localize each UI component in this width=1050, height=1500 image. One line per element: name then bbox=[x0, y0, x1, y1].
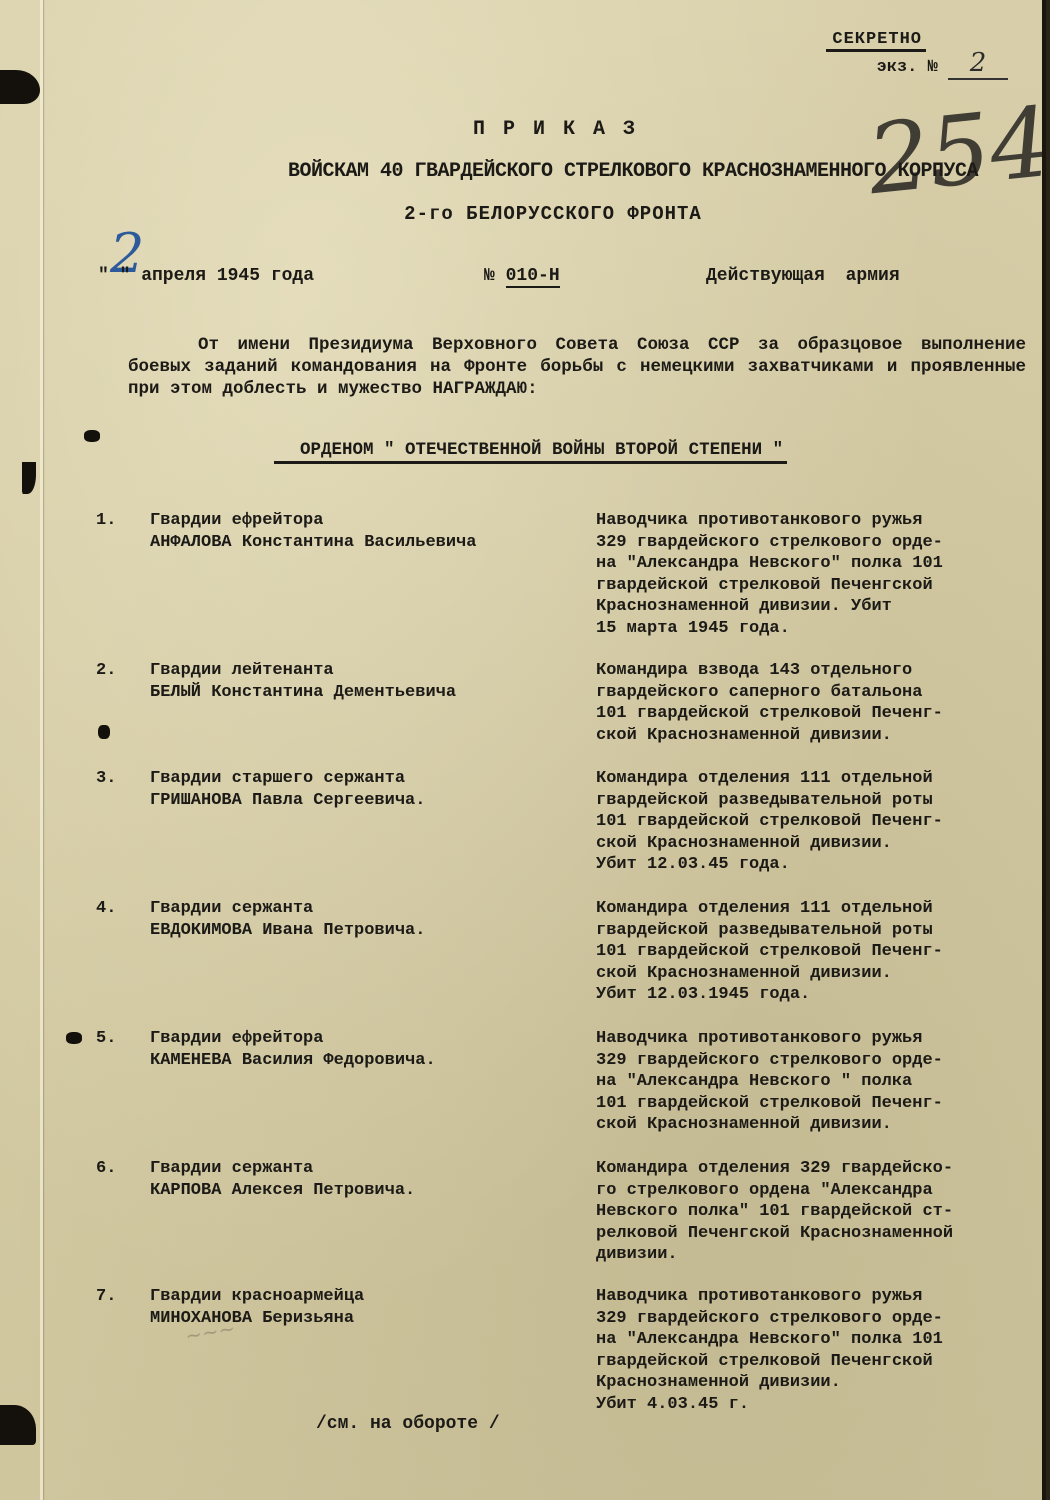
scan-edge bbox=[1042, 0, 1046, 1500]
paper-tear bbox=[0, 70, 40, 104]
award-recipient: Гвардии старшего сержантаГРИШАНОВА Павла… bbox=[150, 768, 570, 811]
paper-fold-line bbox=[40, 0, 43, 1500]
recipient-name: ГРИШАНОВА Павла Сергеевича. bbox=[150, 790, 570, 812]
document-page: СЕКРЕТНО экз. № 2 254 ПРИКАЗ ВОЙСКАМ 40 … bbox=[0, 0, 1046, 1500]
recipient-rank: Гвардии лейтенанта bbox=[150, 660, 570, 682]
award-number: 4. bbox=[96, 898, 116, 920]
award-description: Командира отделения 111 отдельной гварде… bbox=[596, 898, 1026, 1006]
award-description: Командира отделения 329 гвардейско- го с… bbox=[596, 1158, 1026, 1266]
award-description: Наводчика противотанкового ружья 329 гва… bbox=[596, 510, 1026, 639]
order-number-label: № bbox=[484, 266, 495, 286]
recipient-rank: Гвардии красноармейца bbox=[150, 1286, 570, 1308]
award-recipient: Гвардии ефрейтораАНФАЛОВА Константина Ва… bbox=[150, 510, 570, 553]
paper-hole bbox=[66, 1032, 82, 1044]
preamble-text: От имени Президиума Верховного Совета Со… bbox=[128, 334, 1026, 400]
award-recipient: Гвардии сержантаЕВДОКИМОВА Ивана Петрови… bbox=[150, 898, 570, 941]
order-number-value: 010-Н bbox=[506, 266, 560, 288]
copy-number: экз. № 2 bbox=[877, 48, 1008, 80]
recipient-name: ЕВДОКИМОВА Ивана Петровича. bbox=[150, 920, 570, 942]
award-recipient: Гвардии сержантаКАРПОВА Алексея Петрович… bbox=[150, 1158, 570, 1201]
copy-label: экз. № bbox=[877, 58, 938, 77]
paper-hole bbox=[98, 725, 110, 739]
award-description: Командира отделения 111 отдельной гварде… bbox=[596, 768, 1026, 876]
recipient-rank: Гвардии сержанта bbox=[150, 898, 570, 920]
award-number: 7. bbox=[96, 1286, 116, 1308]
award-recipient: Гвардии ефрейтораКАМЕНЕВА Василия Федоро… bbox=[150, 1028, 570, 1071]
order-location: Действующая армия bbox=[706, 266, 900, 286]
recipient-name: АНФАЛОВА Константина Васильевича bbox=[150, 532, 570, 554]
handwritten-number: 254 bbox=[863, 86, 1050, 217]
continued-note: /см. на обороте / bbox=[316, 1414, 500, 1434]
award-number: 2. bbox=[96, 660, 116, 682]
order-heading: ОРДЕНОМ " ОТЕЧЕСТВЕННОЙ ВОЙНЫ ВТОРОЙ СТЕ… bbox=[274, 440, 787, 464]
paper-hole bbox=[84, 430, 100, 442]
award-number: 3. bbox=[96, 768, 116, 790]
document-front: 2-го БЕЛОРУССКОГО ФРОНТА bbox=[0, 203, 1050, 225]
recipient-rank: Гвардии ефрейтора bbox=[150, 1028, 570, 1050]
award-number: 6. bbox=[96, 1158, 116, 1180]
award-number: 1. bbox=[96, 510, 116, 532]
document-title: ПРИКАЗ bbox=[0, 118, 1050, 141]
award-description: Наводчика противотанкового ружья 329 гва… bbox=[596, 1286, 1026, 1415]
award-description: Наводчика противотанкового ружья 329 гва… bbox=[596, 1028, 1026, 1136]
copy-number-value: 2 bbox=[948, 48, 1008, 80]
paper-tear bbox=[0, 1405, 36, 1445]
document-subtitle: ВОЙСКАМ 40 ГВАРДЕЙСКОГО СТРЕЛКОВОГО КРАС… bbox=[0, 160, 1050, 183]
award-description: Командира взвода 143 отдельного гвардейс… bbox=[596, 660, 1026, 746]
award-recipient: Гвардии лейтенантаБЕЛЫЙ Константина Деме… bbox=[150, 660, 570, 703]
paper-tear bbox=[22, 462, 36, 494]
recipient-name: БЕЛЫЙ Константина Дементьевича bbox=[150, 682, 570, 704]
recipient-rank: Гвардии сержанта bbox=[150, 1158, 570, 1180]
recipient-name: КАРПОВА Алексея Петровича. bbox=[150, 1180, 570, 1202]
recipient-rank: Гвардии ефрейтора bbox=[150, 510, 570, 532]
recipient-rank: Гвардии старшего сержанта bbox=[150, 768, 570, 790]
award-number: 5. bbox=[96, 1028, 116, 1050]
recipient-name: КАМЕНЕВА Василия Федоровича. bbox=[150, 1050, 570, 1072]
order-number: № 010-Н bbox=[484, 266, 560, 286]
order-date: " " апреля 1945 года bbox=[98, 266, 314, 286]
